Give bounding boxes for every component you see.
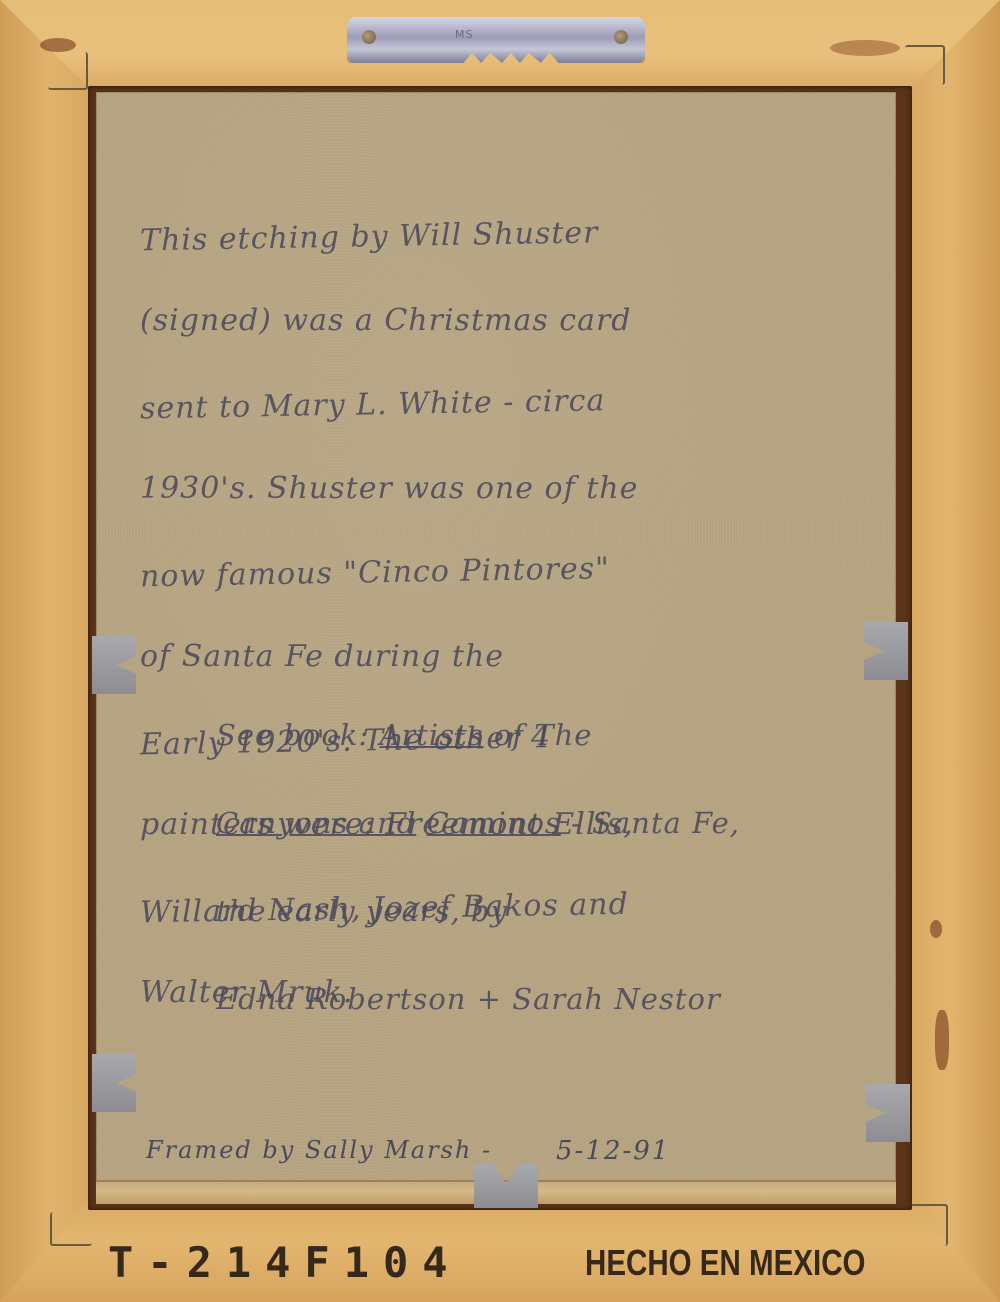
note-line: 1930's. Shuster was one of the — [140, 466, 638, 512]
book-reference-note: See book: Artists of The Canyons and Cam… — [216, 672, 740, 1062]
note-line: sent to Mary L. White - circa — [140, 378, 639, 433]
corner-staple-icon — [906, 1204, 948, 1246]
note-line: now famous "Cinco Pintores" — [140, 546, 639, 601]
book-title-part: Caminos — [427, 806, 561, 840]
book-title-part: - Santa Fe, — [561, 806, 740, 840]
stamped-product-code: T-214F104 — [108, 1238, 462, 1287]
picture-frame-back: MS This etching by Will Shuster (signed)… — [0, 0, 1000, 1302]
wood-stain — [830, 40, 900, 56]
nail-icon — [362, 30, 376, 44]
frame-rail-right — [908, 0, 1000, 1302]
book-authors-line: Edna Robertson + Sarah Nestor — [216, 974, 740, 1024]
frame-rail-left — [0, 0, 92, 1302]
corner-staple-icon — [48, 52, 88, 90]
wood-stain — [935, 1010, 949, 1070]
book-reference-line: Canyons and Caminos - Santa Fe, — [216, 798, 740, 848]
see-book-label: See book: — [216, 718, 379, 752]
book-reference-line: See book: Artists of The — [216, 710, 740, 760]
corner-staple-icon — [50, 1212, 92, 1246]
book-reference-line: the early years, by — [216, 886, 740, 936]
corner-staple-icon — [905, 45, 945, 85]
spacer — [416, 806, 426, 840]
nail-icon — [614, 30, 628, 44]
book-title-part: Artists — [379, 718, 483, 752]
wood-stain — [930, 920, 942, 938]
book-title-part: Canyons and — [216, 806, 416, 840]
stamped-origin-label: HECHO EN MEXICO — [585, 1242, 865, 1284]
note-line: This etching by Will Shuster — [140, 210, 639, 265]
hanger-mark: MS — [455, 28, 473, 41]
framer-note: Framed by Sally Marsh - — [146, 1136, 492, 1164]
sawtooth-hanger-icon — [347, 17, 645, 63]
book-title-part: of The — [484, 718, 593, 752]
wood-stain — [40, 38, 76, 52]
note-line: (signed) was a Christmas card — [140, 298, 638, 344]
framer-date: 5-12-91 — [556, 1136, 670, 1166]
